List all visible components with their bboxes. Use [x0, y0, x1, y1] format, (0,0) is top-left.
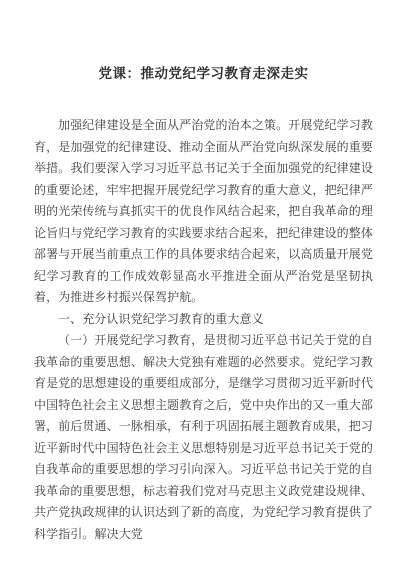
section-heading: 一、充分认识党纪学习教育的重大意义: [34, 309, 373, 331]
document-page: 党课：推动党纪学习教育走深走实 加强纪律建设是全面从严治党的治本之策。开展党纪学…: [0, 0, 410, 580]
document-title: 党课：推动党纪学习教育走深走实: [34, 64, 373, 84]
document-content: 党课：推动党纪学习教育走深走实 加强纪律建设是全面从严治党的治本之策。开展党纪学…: [0, 0, 410, 545]
paragraph: 加强纪律建设是全面从严治党的治本之策。开展党纪学习教育，是加强党的纪律建设、推动…: [34, 115, 373, 309]
paragraph: （一）开展党纪学习教育，是贯彻习近平总书记关于党的自我革命的重要思想、解决大党独…: [34, 330, 373, 545]
document-body: 加强纪律建设是全面从严治党的治本之策。开展党纪学习教育，是加强党的纪律建设、推动…: [34, 115, 373, 545]
